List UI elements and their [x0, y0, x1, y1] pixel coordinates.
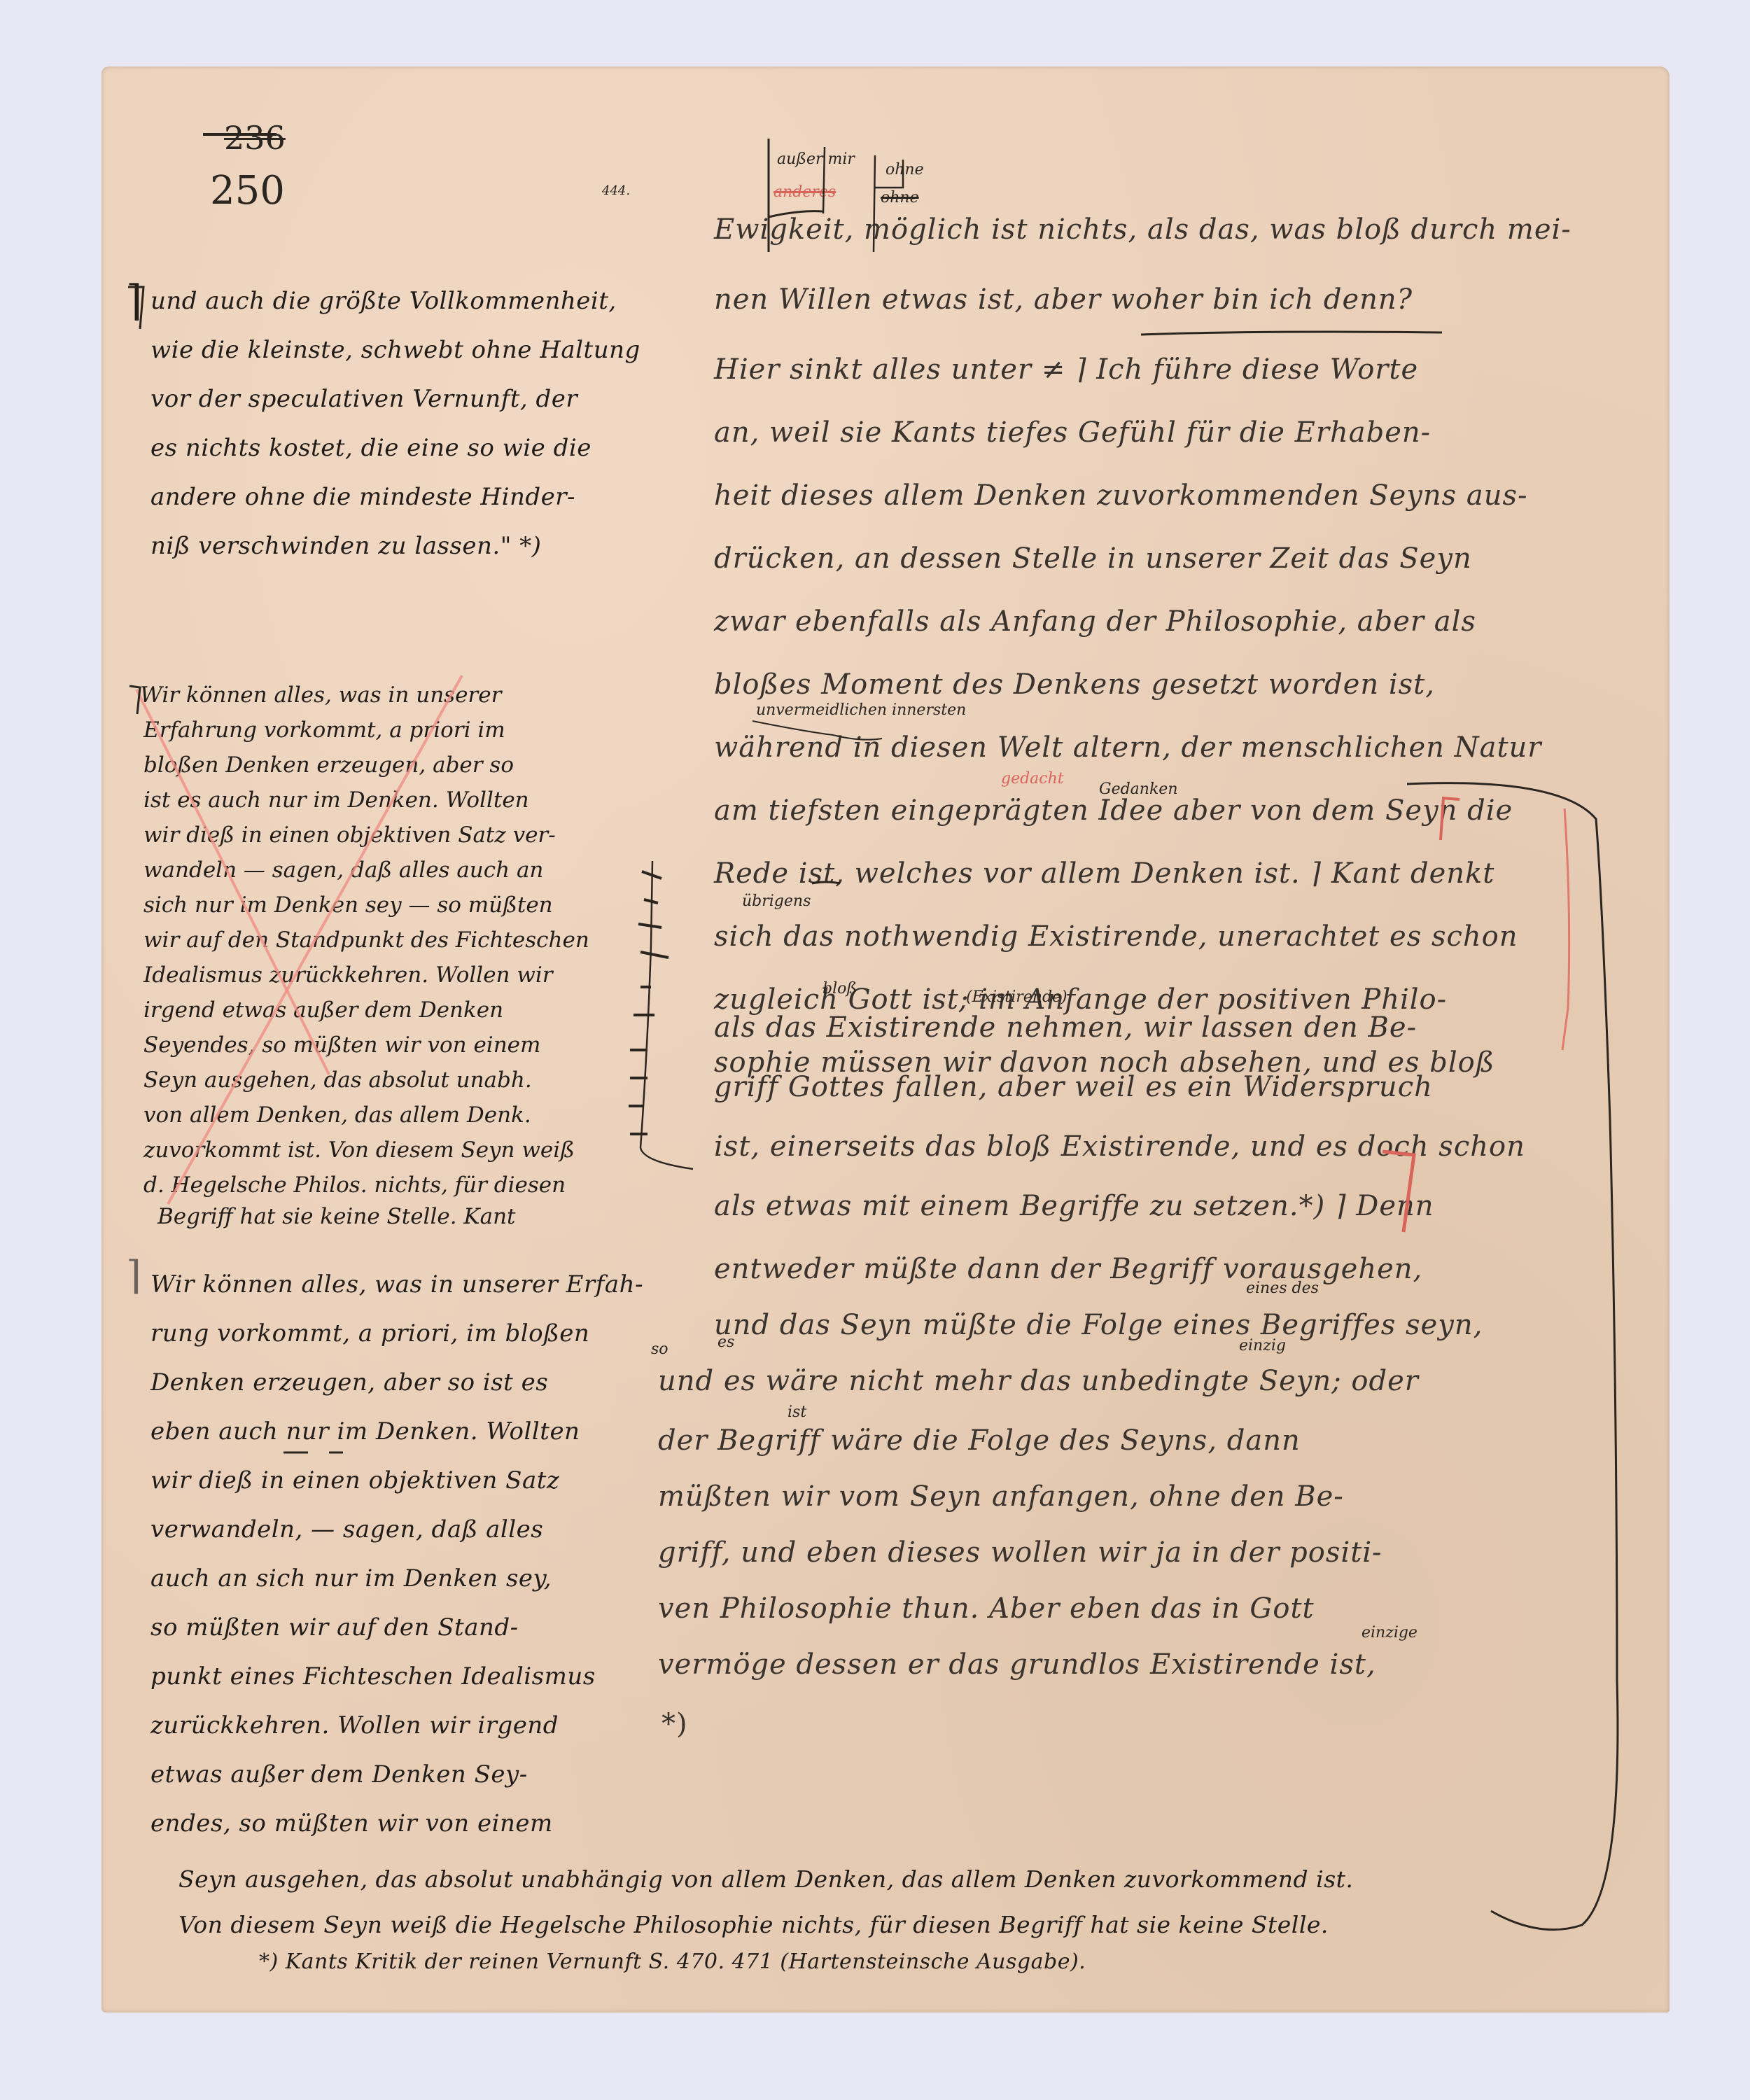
main-line: zwar ebenfalls als Anfang der Philosophi… — [714, 605, 1476, 638]
struck-line: wir auf den Standpunkt des Fichteschen — [143, 927, 589, 953]
left-line: Wir können alles, was in unserer Erfah- — [150, 1270, 643, 1298]
interlinear-note: einzig — [1239, 1337, 1286, 1354]
main-line: während in diesen Welt altern, der mensc… — [714, 731, 1541, 764]
main-line: nen Willen etwas ist, aber woher bin ich… — [714, 283, 1413, 316]
insertion-ausser-mir: außer mir — [777, 150, 855, 168]
main-line: ist, einerseits das bloß Existirende, un… — [714, 1130, 1525, 1163]
main-line: griff Gottes fallen, aber weil es ein Wi… — [714, 1071, 1433, 1103]
struck-line: sich nur im Denken sey — so müßten — [143, 892, 553, 918]
main-line: Hier sinkt alles unter ≠ ⌉ Ich führe die… — [714, 353, 1418, 386]
bottom-line: Von diesem Seyn weiß die Hegelsche Philo… — [178, 1911, 1329, 1938]
struck-line: Seyendes, so müßten wir von einem — [143, 1032, 540, 1058]
left-line: es nichts kostet, die eine so wie die — [150, 434, 591, 462]
interlinear-note: es — [717, 1333, 734, 1351]
main-line: heit dieses allem Denken zuvorkommenden … — [714, 479, 1528, 512]
interlinear-note: eines des — [1246, 1280, 1319, 1297]
insertion-ohne: ohne — [885, 161, 924, 178]
old-folio-number: 236 — [224, 119, 286, 157]
left-line: vor der speculativen Vernunft, der — [150, 385, 577, 413]
footnote-marker: *) — [661, 1708, 688, 1740]
folio-number: 250 — [210, 168, 285, 213]
struck-line: ist es auch nur im Denken. Wollten — [143, 787, 529, 813]
interlinear-note: übrigens — [742, 892, 811, 910]
struck-line: Begriff hat sie keine Stelle. Kant — [157, 1204, 516, 1229]
main-line: am tiefsten eingeprägten Idee aber von d… — [714, 794, 1513, 827]
interlinear-note: so — [651, 1340, 668, 1358]
interlinear-note: einzige — [1361, 1624, 1417, 1641]
main-line: Ewigkeit, möglich ist nichts, als das, w… — [714, 213, 1571, 246]
left-line: zurückkehren. Wollen wir irgend — [150, 1711, 559, 1739]
struck-line: d. Hegelsche Philos. nichts, für diesen — [143, 1172, 566, 1198]
left-line: verwandeln, — sagen, daß alles — [150, 1515, 543, 1543]
main-line: ven Philosophie thun. Aber eben das in G… — [658, 1592, 1315, 1625]
main-line: als etwas mit einem Begriffe zu setzen.*… — [714, 1190, 1434, 1222]
left-line: und auch die größte Vollkommenheit, — [150, 287, 617, 315]
left-line: punkt eines Fichteschen Idealismus — [150, 1662, 596, 1690]
struck-anderes: anderes — [773, 183, 836, 201]
main-line: drücken, an dessen Stelle in unserer Zei… — [714, 542, 1472, 575]
insertion-marker: ⌉ — [126, 1253, 141, 1298]
left-line: wir dieß in einen objektiven Satz — [150, 1466, 559, 1494]
main-line: sich das nothwendig Existirende, unerach… — [714, 920, 1518, 953]
struck-line: wandeln — sagen, daß alles auch an — [143, 857, 543, 883]
struck-line: wir dieß in einen objektiven Satz ver- — [143, 822, 556, 848]
left-line: eben auch nur im Denken. Wollten — [150, 1417, 580, 1445]
main-line: müßten wir vom Seyn anfangen, ohne den B… — [658, 1480, 1344, 1513]
left-line: so müßten wir auf den Stand- — [150, 1613, 519, 1641]
main-line: Rede ist, welches vor allem Denken ist. … — [714, 857, 1494, 890]
left-line: rung vorkommt, a priori, im bloßen — [150, 1319, 589, 1347]
main-line: an, weil sie Kants tiefes Gefühl für die… — [714, 416, 1431, 449]
struck-line: zuvorkommt ist. Von diesem Seyn weiß — [143, 1137, 575, 1163]
struck-line: von allem Denken, das allem Denk. — [143, 1102, 531, 1128]
main-line: bloßes Moment des Denkens gesetzt worden… — [714, 668, 1435, 701]
struck-line: Erfahrung vorkommt, a priori im — [143, 717, 505, 743]
left-line: wie die kleinste, schwebt ohne Haltung — [150, 336, 640, 364]
page-mark: 444. — [602, 183, 630, 198]
main-line: der Begriff wäre die Folge des Seyns, da… — [658, 1424, 1301, 1457]
struck-line: bloßen Denken erzeugen, aber so — [143, 752, 514, 778]
struck-line: Idealismus zurückkehren. Wollen wir — [143, 962, 553, 988]
struck-line: Wir können alles, was in unserer — [140, 682, 501, 708]
struck-line: irgend etwas außer dem Denken — [143, 997, 503, 1023]
main-line: und es wäre nicht mehr das unbedingte Se… — [658, 1365, 1419, 1397]
insertion-marker: ⌉ — [126, 276, 143, 325]
left-line: niß verschwinden zu lassen." *) — [150, 532, 541, 560]
interlinear-note: gedacht — [1001, 770, 1064, 787]
main-line: und das Seyn müßte die Folge eines Begri… — [714, 1309, 1483, 1341]
left-line: andere ohne die mindeste Hinder- — [150, 483, 575, 511]
interlinear-note: ist — [787, 1403, 806, 1421]
main-line: vermöge dessen er das grundlos Existiren… — [658, 1648, 1376, 1681]
footnote: *) Kants Kritik der reinen Vernunft S. 4… — [259, 1949, 1086, 1974]
interlinear-note: bloß — [822, 980, 857, 997]
left-line: Denken erzeugen, aber so ist es — [150, 1368, 548, 1396]
main-line: als das Existirende nehmen, wir lassen d… — [714, 1011, 1417, 1044]
left-line: auch an sich nur im Denken sey, — [150, 1564, 552, 1592]
left-line: etwas außer dem Denken Sey- — [150, 1760, 528, 1788]
struck-ohne: ohne — [881, 189, 919, 206]
main-line: griff, und eben dieses wollen wir ja in … — [658, 1536, 1382, 1569]
bottom-line: Seyn ausgehen, das absolut unabhängig vo… — [178, 1865, 1353, 1893]
interlinear-note: (Existirende) — [966, 988, 1067, 1006]
struck-line: Seyn ausgehen, das absolut unabh. — [143, 1067, 532, 1093]
left-line: endes, so müßten wir von einem — [150, 1809, 553, 1837]
interlinear-note: unvermeidlichen innersten — [756, 701, 966, 719]
